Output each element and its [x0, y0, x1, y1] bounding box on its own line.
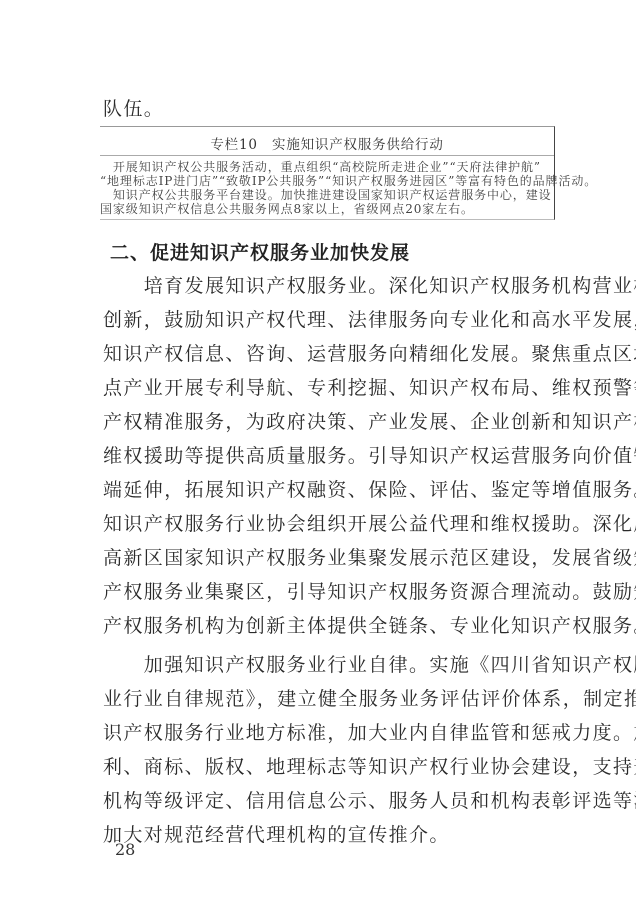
- box-line: 开展知识产权公共服务活动，重点组织“高校院所走进企业”“天府法律护航”: [100, 160, 541, 174]
- paragraph-line: 端延伸，拓展知识产权融资、保险、评估、鉴定等增值服务。支持: [103, 479, 636, 501]
- paragraph-line: 点产业开展专利导航、专利挖掘、知识产权布局、维权预警等知识: [103, 377, 636, 399]
- box-line: “地理标志IP进门店”“致敬IP公共服务”“知识产权服务进园区”等富有特色的品牌…: [100, 174, 597, 188]
- paragraph-line: 创新，鼓励知识产权代理、法律服务向专业化和高水平发展，推动: [103, 309, 636, 331]
- paragraph-line: 利、商标、版权、地理标志等知识产权行业协会建设，支持开展服务: [103, 756, 636, 778]
- paragraph-line: 加大对规范经营代理机构的宣传推介。: [103, 824, 450, 846]
- paragraph-line: 产权服务业集聚区，引导知识产权服务资源合理流动。鼓励知识: [103, 581, 636, 603]
- paragraph-line: 产权服务机构为创新主体提供全链条、专业化知识产权服务。: [103, 615, 636, 637]
- paragraph-line: 维权援助等提供高质量服务。引导知识产权运营服务向价值链高: [103, 445, 636, 467]
- paragraph-line: 机构等级评定、信用信息公示、服务人员和机构表彰评选等活动，: [103, 790, 636, 812]
- paragraph-line: 知识产权信息、咨询、运营服务向精细化发展。聚焦重点区域、重: [103, 343, 636, 365]
- paragraph-line: 高新区国家知识产权服务业集聚发展示范区建设，发展省级知识: [103, 547, 636, 569]
- page-number: 28: [115, 840, 135, 859]
- paragraph-line: 培育发展知识产权服务业。深化知识产权服务机构营业模式: [103, 275, 636, 297]
- top-fragment: 队伍。: [103, 98, 164, 120]
- document-page: 队伍。 专栏10 实施知识产权服务供给行动 开展知识产权公共服务活动，重点组织“…: [0, 0, 636, 900]
- box-divider: [100, 155, 554, 156]
- box-title: 专栏10 实施知识产权服务供给行动: [100, 133, 554, 153]
- box-line: 国家级知识产权信息公共服务网点8家以上，省级网点20家左右。: [100, 202, 474, 216]
- paragraph-line: 产权精准服务，为政府决策、产业发展、企业创新和知识产权运营、: [103, 411, 636, 433]
- paragraph-line: 识产权服务行业地方标准，加大业内自律监管和惩戒力度。加强专: [103, 722, 636, 744]
- feature-box: 专栏10 实施知识产权服务供给行动 开展知识产权公共服务活动，重点组织“高校院所…: [100, 126, 555, 220]
- paragraph-line: 业行业自律规范》，建立健全服务业务评估评价体系，制定推行知: [103, 688, 636, 710]
- paragraph-line: 加强知识产权服务业行业自律。实施《四川省知识产权服务: [103, 654, 636, 676]
- section-heading: 二、促进知识产权服务业加快发展: [110, 238, 410, 265]
- box-line: 知识产权公共服务平台建设。加快推进建设国家知识产权运营服务中心，建设: [100, 188, 552, 202]
- paragraph-line: 知识产权服务行业协会组织开展公益代理和维权援助。深化成都: [103, 513, 636, 535]
